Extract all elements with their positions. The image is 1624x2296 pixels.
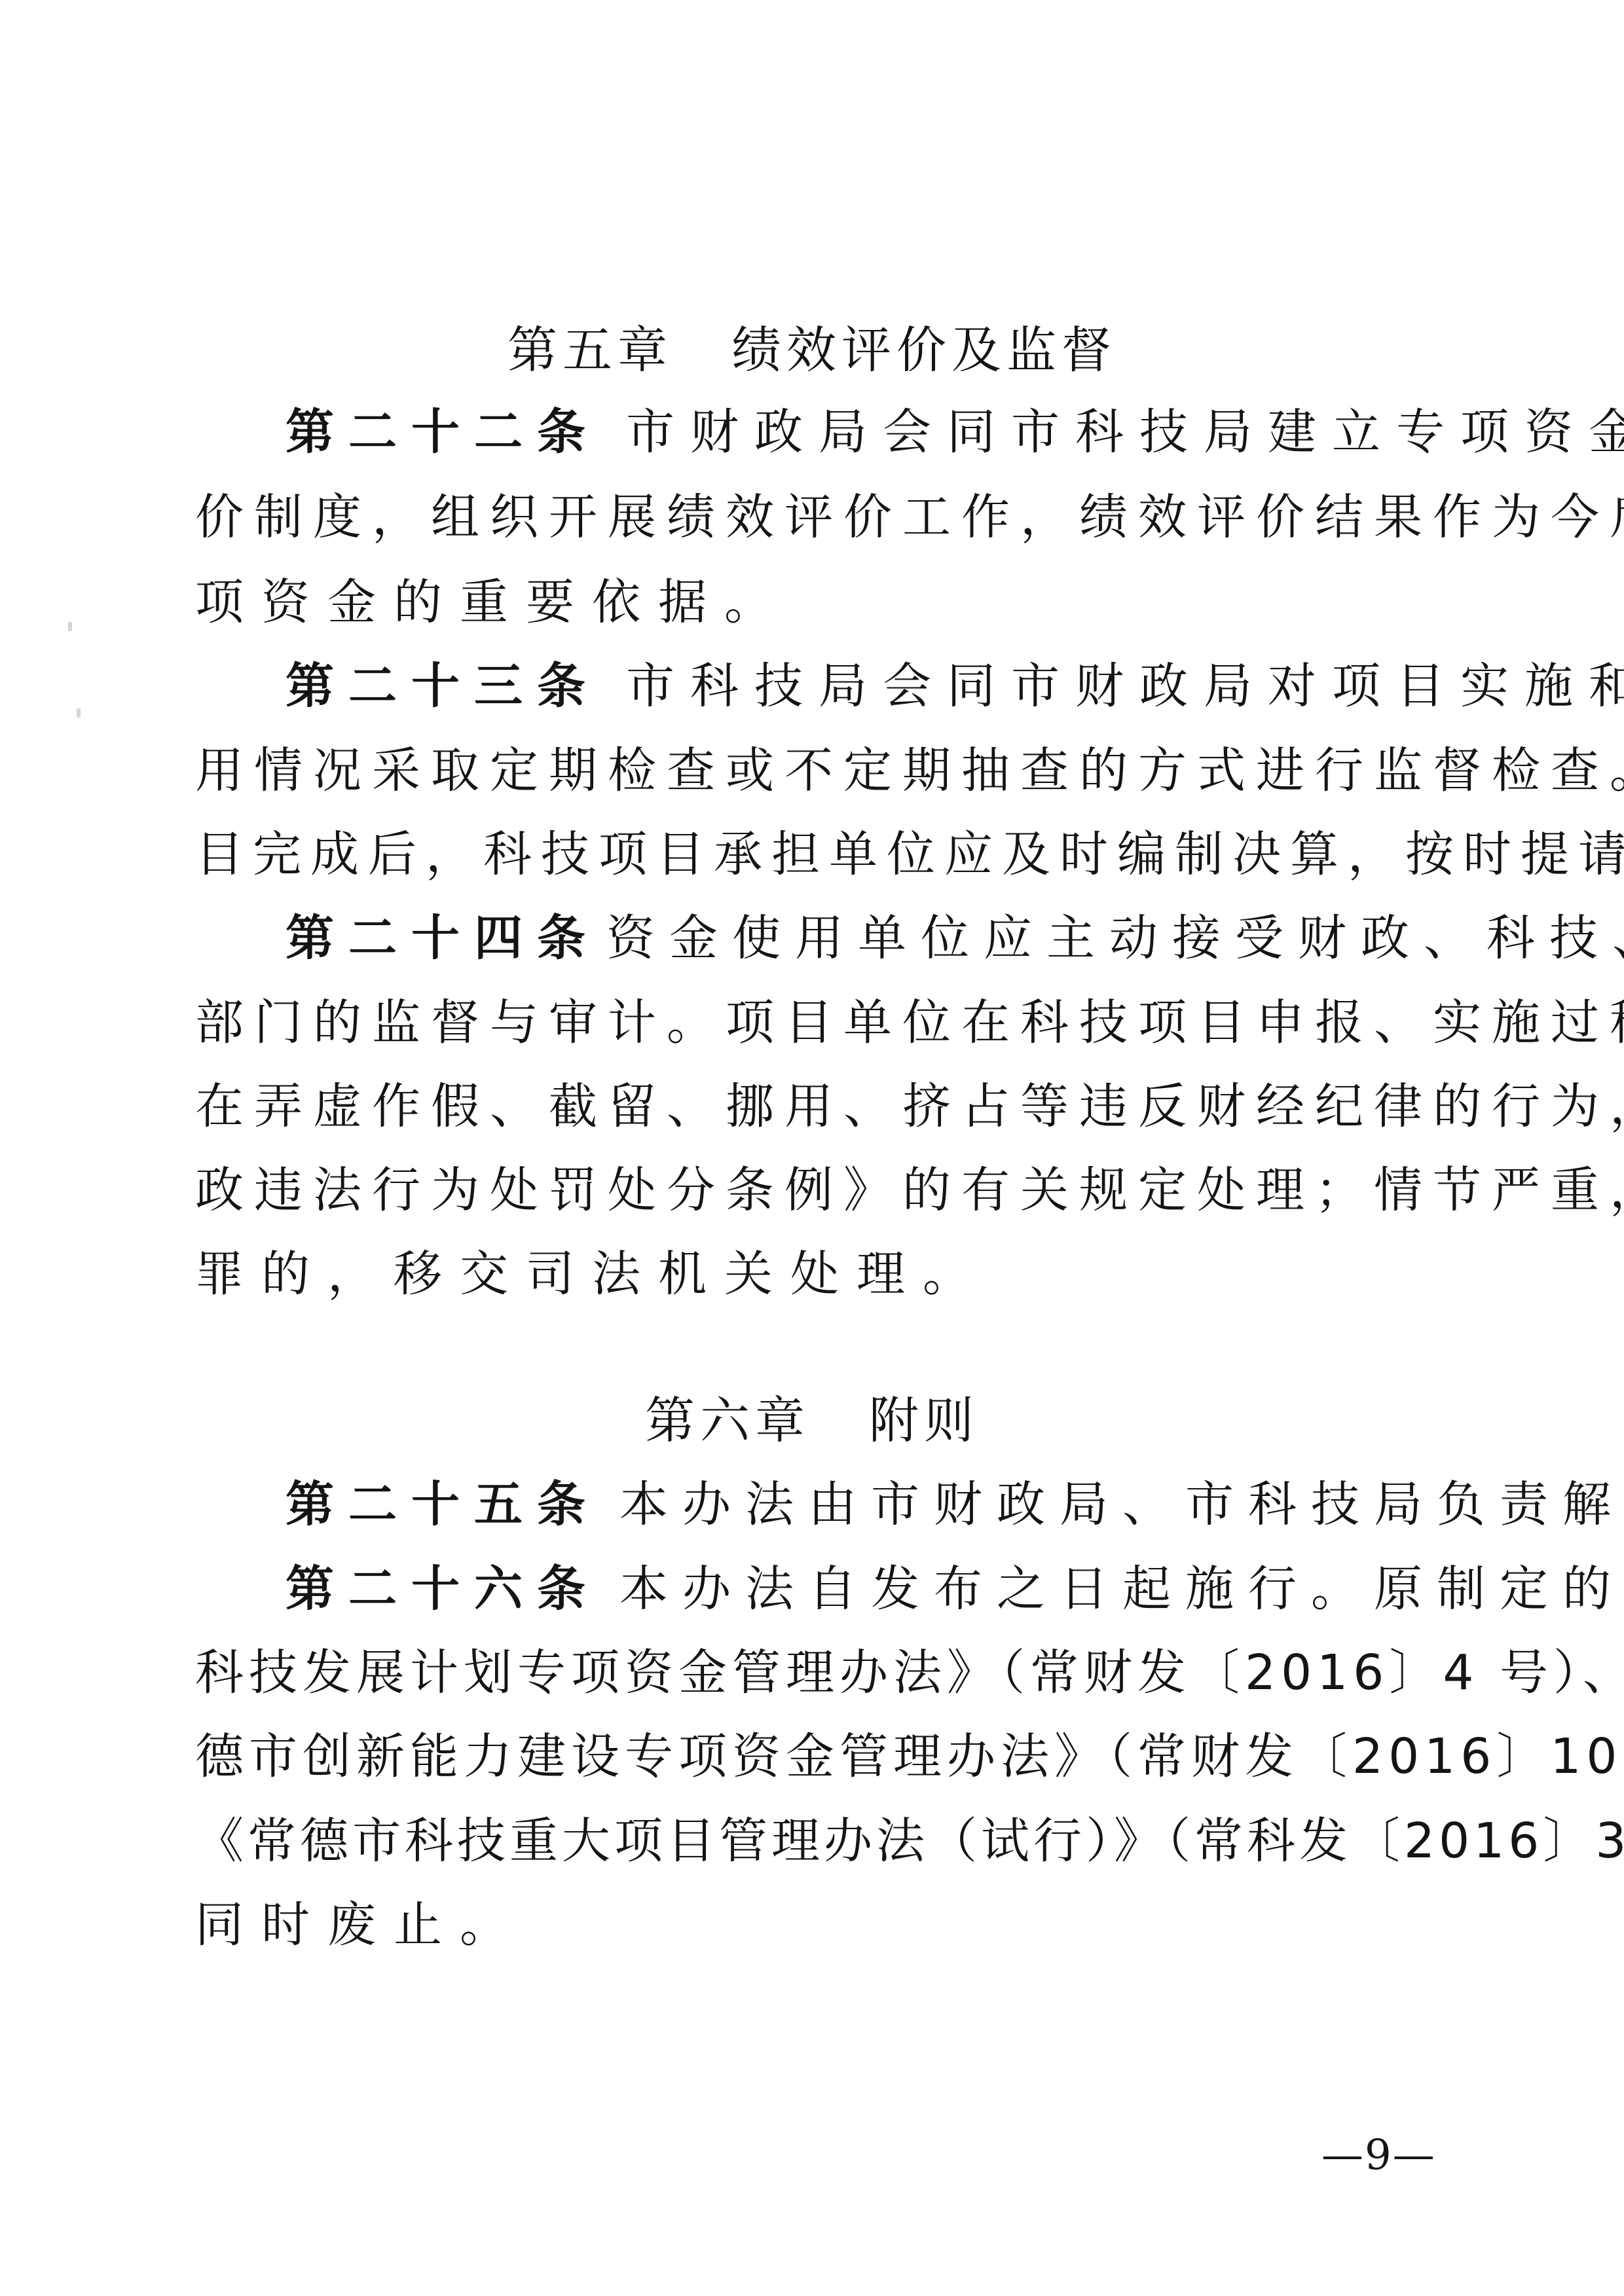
- article-24-line-5: 罪的，移交司法机关处理。: [195, 1232, 1407, 1316]
- article-24-label: 第二十四条: [286, 910, 600, 966]
- article-23-line-2: 用情况采取定期检查或不定期抽查的方式进行监督检查。科技项: [195, 729, 1407, 812]
- page-number: —9—: [1321, 2131, 1436, 2179]
- chapter-5-number: 第五章: [507, 321, 673, 379]
- chapter-5-heading: 第五章绩效评价及监督: [0, 308, 1624, 392]
- article-25-line-1: 第二十五条本办法由市财政局、市科技局负责解释。: [286, 1463, 1407, 1546]
- article-22-text: 市财政局会同市科技局建立专项资金绩效评: [626, 404, 1624, 460]
- article-26-line-1: 第二十六条本办法自发布之日起施行。原制定的《常德市: [286, 1547, 1407, 1631]
- scan-speck: [77, 708, 81, 718]
- article-22-line-1: 第二十二条市财政局会同市科技局建立专项资金绩效评: [286, 390, 1407, 474]
- article-26-line-5: 同时废止。: [195, 1883, 1407, 1967]
- article-23-line-1: 第二十三条市科技局会同市财政局对项目实施和资金使: [286, 644, 1407, 728]
- chapter-6-title: 附则: [869, 1391, 979, 1449]
- article-24-line-4: 政违法行为处罚处分条例》的有关规定处理；情节严重，涉嫌犯: [195, 1148, 1407, 1232]
- chapter-6-number: 第六章: [645, 1391, 810, 1449]
- article-26-label: 第二十六条: [286, 1561, 600, 1617]
- article-22-line-3: 项资金的重要依据。: [195, 560, 1407, 644]
- chapter-5-title: 绩效评价及监督: [731, 321, 1116, 379]
- article-24-text: 资金使用单位应主动接受财政、科技、审计等: [606, 910, 1624, 966]
- article-23-text: 市科技局会同市财政局对项目实施和资金使: [626, 658, 1624, 714]
- article-22-label: 第二十二条: [286, 404, 600, 460]
- article-26-line-4: 《常德市科技重大项目管理办法（试行）》（常科发〔2016〕3号）: [195, 1799, 1407, 1883]
- article-24-line-3: 在弄虚作假、截留、挪用、挤占等违反财经纪律的行为，按照《财: [195, 1065, 1407, 1148]
- article-26-line-2: 科技发展计划专项资金管理办法》（常财发〔2016〕4 号）、《常: [195, 1631, 1407, 1715]
- article-22-line-2: 价制度，组织开展绩效评价工作，绩效评价结果作为今后安排专: [195, 475, 1407, 559]
- article-25-text: 本办法由市财政局、市科技局负责解释。: [619, 1476, 1624, 1533]
- article-24-line-2: 部门的监督与审计。项目单位在科技项目申报、实施过程中，存: [195, 981, 1407, 1065]
- article-26-text: 本办法自发布之日起施行。原制定的《常德市: [619, 1561, 1624, 1617]
- article-23-label: 第二十三条: [286, 658, 600, 714]
- article-26-line-3: 德市创新能力建设专项资金管理办法》（常财发〔2016〕10号）、: [195, 1715, 1407, 1798]
- article-25-label: 第二十五条: [286, 1476, 600, 1533]
- chapter-6-heading: 第六章附则: [0, 1379, 1624, 1463]
- article-23-line-3: 目完成后，科技项目承担单位应及时编制决算，按时提请验收。: [195, 812, 1407, 896]
- scan-speck: [68, 622, 72, 631]
- article-24-line-1: 第二十四条资金使用单位应主动接受财政、科技、审计等: [286, 896, 1407, 980]
